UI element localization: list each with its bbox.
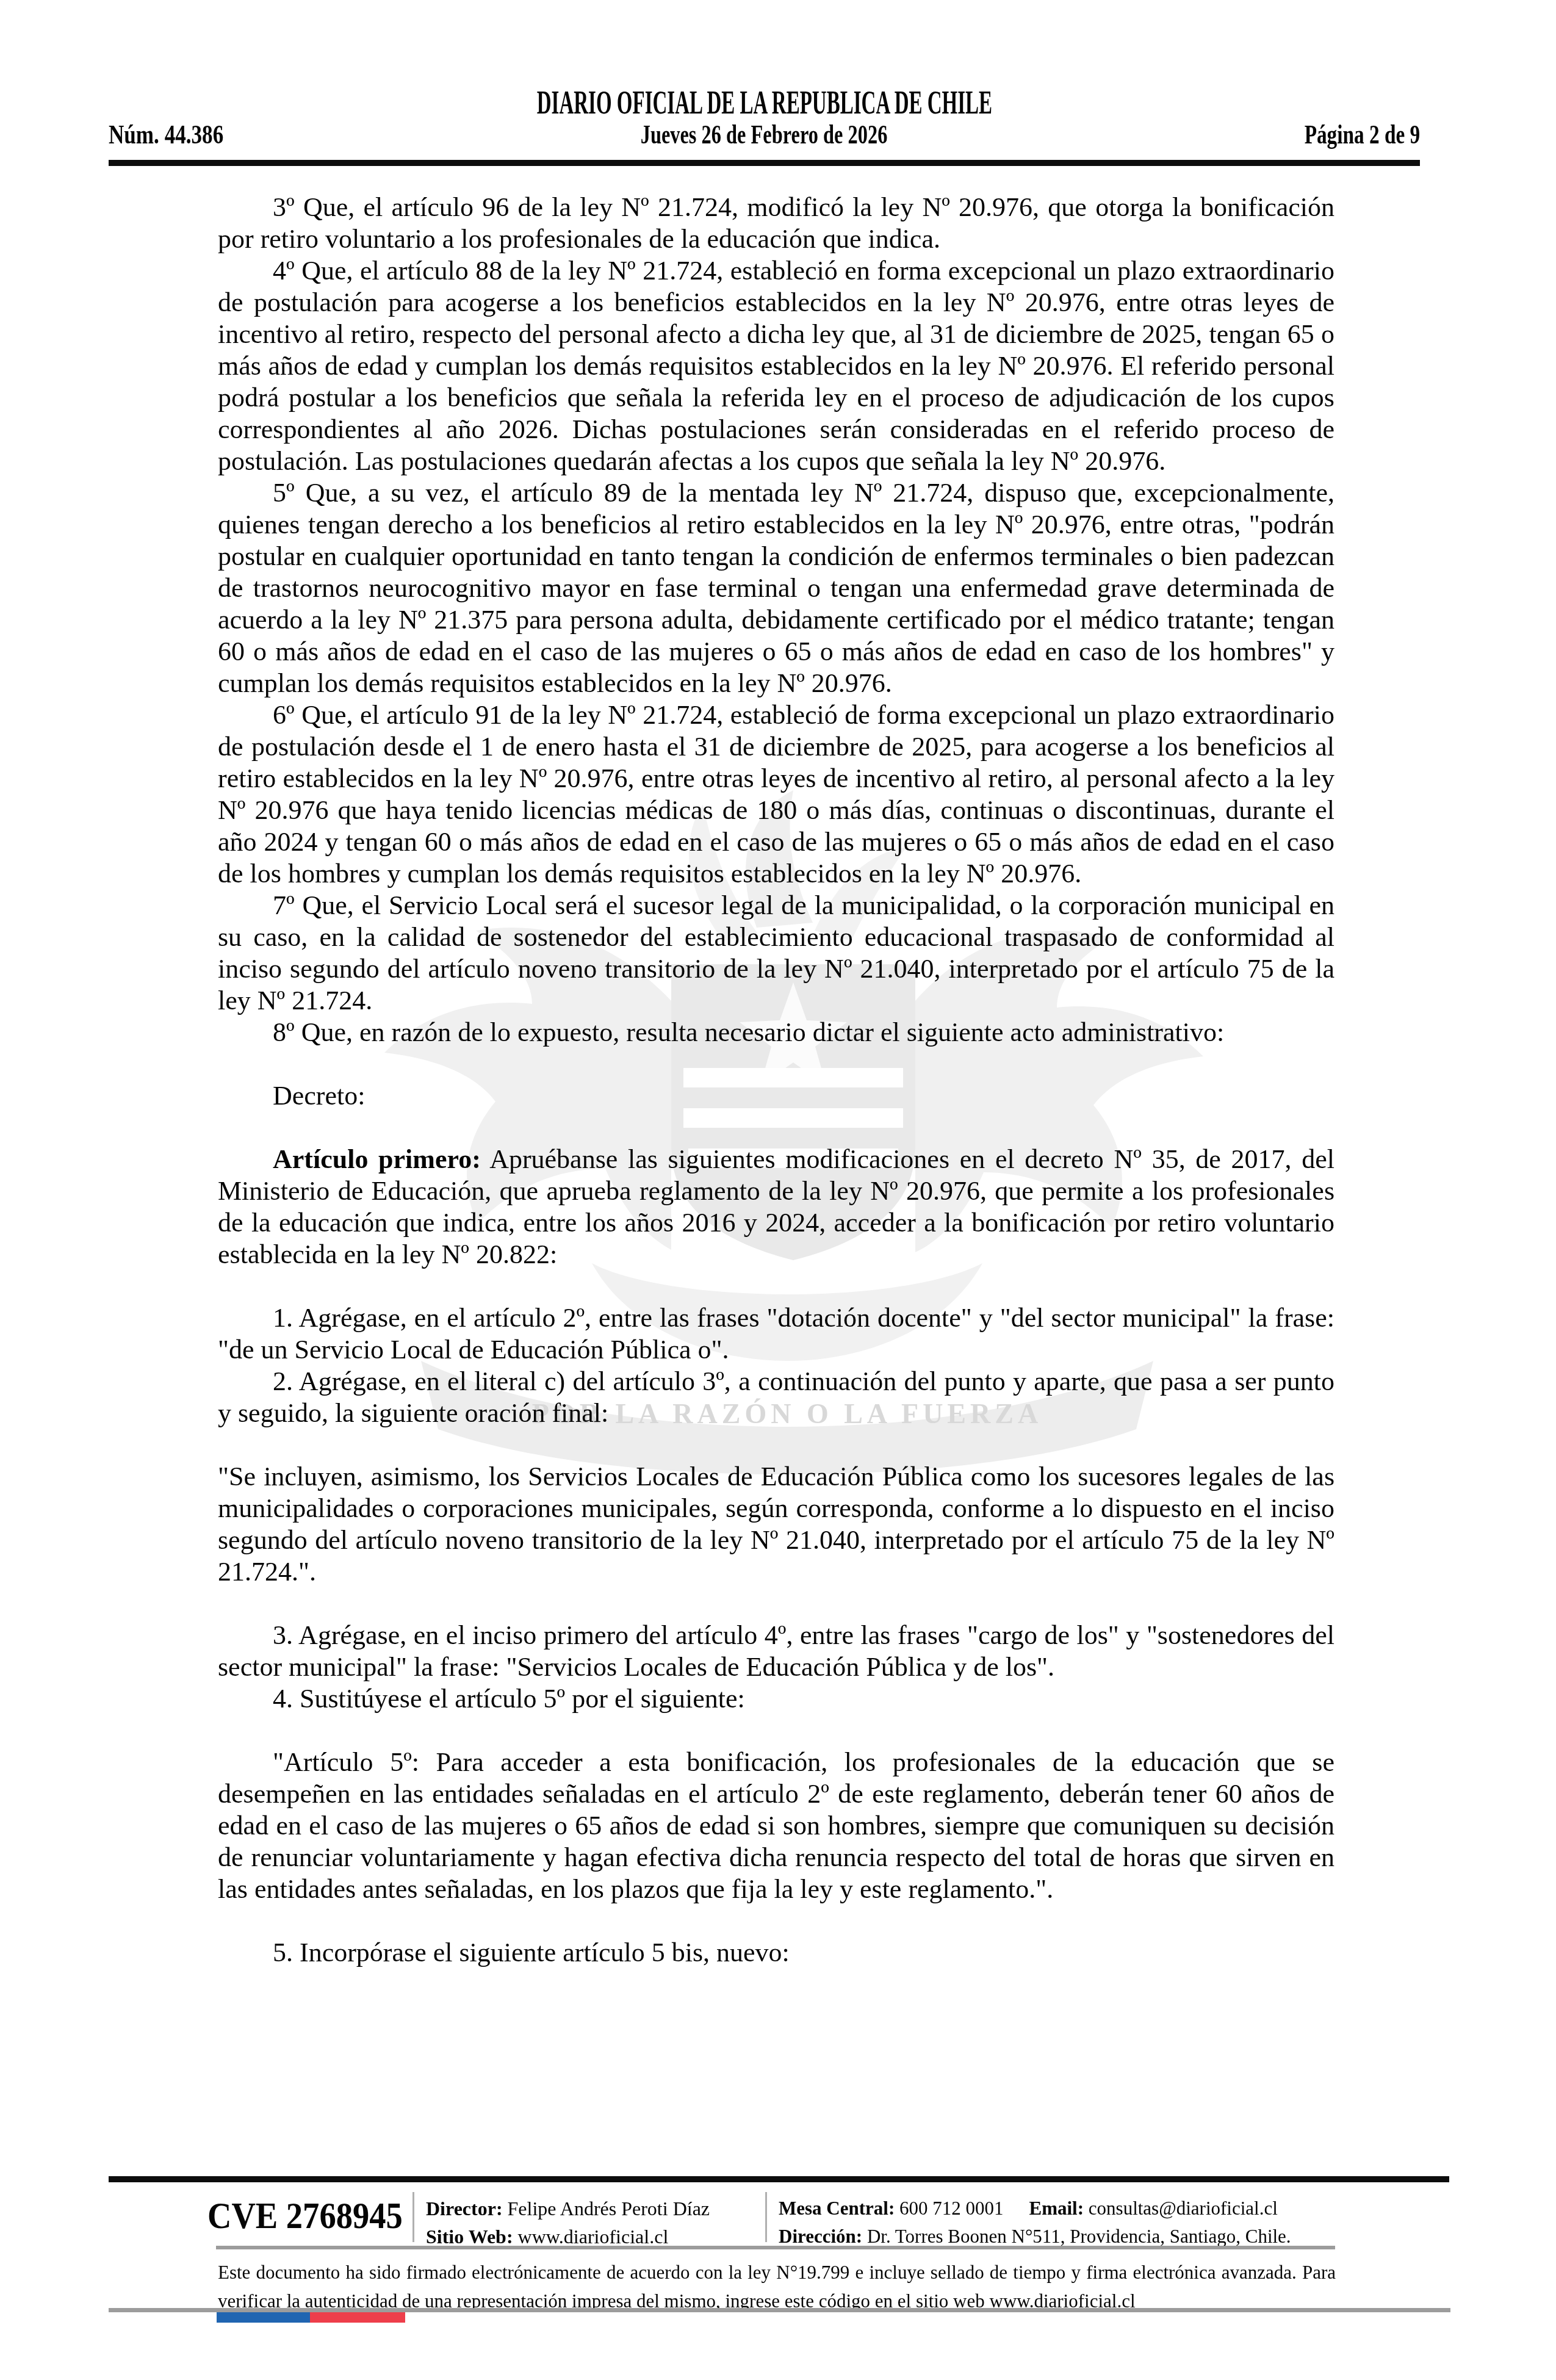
body-paragraph: 7º Que, el Servicio Local será el suceso… bbox=[218, 890, 1334, 1017]
footer-divider bbox=[765, 2192, 767, 2242]
paragraph-text: "Artículo 5º: Para acceder a esta bonifi… bbox=[218, 1747, 1334, 1904]
paragraph-text: 7º Que, el Servicio Local será el suceso… bbox=[218, 890, 1334, 1015]
body-paragraph: 4. Sustitúyese el artículo 5º por el sig… bbox=[218, 1683, 1334, 1715]
body-paragraph: 5º Que, a su vez, el artículo 89 de la m… bbox=[218, 477, 1334, 699]
body-paragraph: 4º Que, el artículo 88 de la ley Nº 21.7… bbox=[218, 255, 1334, 477]
paragraph-text: Decreto: bbox=[273, 1081, 365, 1111]
director-name: Felipe Andrés Peroti Díaz bbox=[508, 2198, 710, 2220]
body-paragraph: 5. Incorpórase el siguiente artículo 5 b… bbox=[218, 1937, 1334, 1969]
email-label: Email: bbox=[1029, 2198, 1084, 2219]
flag-blue-segment bbox=[217, 2312, 310, 2323]
address-label: Dirección: bbox=[779, 2226, 862, 2247]
cve-code: CVE 2768945 bbox=[207, 2197, 429, 2235]
header-rule bbox=[109, 160, 1420, 166]
gazette-page: POR LA RAZÓN O LA FUERZA DIARIO OFICIAL … bbox=[0, 0, 1556, 2380]
footer-contact-block: Mesa Central: 600 712 0001Email: consult… bbox=[779, 2194, 1291, 2251]
gazette-title-text: DIARIO OFICIAL DE LA REPUBLICA DE CHILE bbox=[536, 85, 992, 119]
phone-email-line: Mesa Central: 600 712 0001Email: consult… bbox=[779, 2194, 1291, 2223]
phone-label: Mesa Central: bbox=[779, 2198, 895, 2219]
publication-date-text: Jueves 26 de Febrero de 2026 bbox=[641, 121, 888, 148]
paragraph-text: 3º Que, el artículo 96 de la ley Nº 21.7… bbox=[218, 192, 1334, 254]
legal-notice: Este documento ha sido firmado electróni… bbox=[218, 2258, 1336, 2315]
phone-number: 600 712 0001 bbox=[899, 2198, 1004, 2219]
director-label: Director: bbox=[426, 2198, 503, 2220]
document-body: 3º Que, el artículo 96 de la ley Nº 21.7… bbox=[218, 192, 1334, 1969]
paragraph-text: "Se incluyen, asimismo, los Servicios Lo… bbox=[218, 1462, 1334, 1587]
paragraph-lead: Artículo primero: bbox=[273, 1144, 481, 1174]
body-paragraph: "Se incluyen, asimismo, los Servicios Lo… bbox=[218, 1461, 1334, 1588]
gazette-title: DIARIO OFICIAL DE LA REPUBLICA DE CHILE bbox=[109, 85, 1420, 119]
cve-code-text: CVE 2768945 bbox=[207, 2197, 403, 2235]
footer-divider bbox=[412, 2192, 414, 2242]
paragraph-text: 2. Agrégase, en el literal c) del artícu… bbox=[218, 1366, 1334, 1428]
footer-director-block: Director: Felipe Andrés Peroti Díaz Siti… bbox=[426, 2194, 710, 2251]
paragraph-text: 8º Que, en razón de lo expuesto, resulta… bbox=[273, 1017, 1224, 1047]
paragraph-text: 5º Que, a su vez, el artículo 89 de la m… bbox=[218, 478, 1334, 698]
footer-top-rule bbox=[109, 2176, 1449, 2182]
body-paragraph: 3º Que, el artículo 96 de la ley Nº 21.7… bbox=[218, 192, 1334, 255]
footer-bottom-rule bbox=[109, 2308, 1450, 2312]
body-paragraph: 1. Agrégase, en el artículo 2º, entre la… bbox=[218, 1302, 1334, 1366]
body-paragraph: "Artículo 5º: Para acceder a esta bonifi… bbox=[218, 1747, 1334, 1905]
website-label: Sitio Web: bbox=[426, 2226, 513, 2248]
flag-red-segment bbox=[310, 2312, 405, 2323]
paragraph-text: 6º Que, el artículo 91 de la ley Nº 21.7… bbox=[218, 700, 1334, 889]
body-paragraph: 6º Que, el artículo 91 de la ley Nº 21.7… bbox=[218, 699, 1334, 890]
website-url[interactable]: www.diarioficial.cl bbox=[518, 2226, 669, 2248]
paragraph-text: 4. Sustitúyese el artículo 5º por el sig… bbox=[273, 1684, 745, 1714]
header-info-row: Núm. 44.386 Jueves 26 de Febrero de 2026… bbox=[109, 121, 1420, 151]
body-paragraph: Artículo primero: Apruébanse las siguien… bbox=[218, 1144, 1334, 1271]
body-paragraph: 3. Agrégase, en el inciso primero del ar… bbox=[218, 1620, 1334, 1683]
address-text: Dr. Torres Boonen N°511, Providencia, Sa… bbox=[867, 2226, 1291, 2247]
paragraph-text: 4º Que, el artículo 88 de la ley Nº 21.7… bbox=[218, 256, 1334, 476]
paragraph-text: 3. Agrégase, en el inciso primero del ar… bbox=[218, 1620, 1334, 1682]
email-address[interactable]: consultas@diarioficial.cl bbox=[1089, 2198, 1278, 2219]
page-indicator-text: Página 2 de 9 bbox=[1304, 121, 1420, 148]
page-indicator: Página 2 de 9 bbox=[1264, 121, 1420, 148]
body-paragraph: 8º Que, en razón de lo expuesto, resulta… bbox=[218, 1017, 1334, 1048]
paragraph-text: 5. Incorpórase el siguiente artículo 5 b… bbox=[273, 1938, 790, 1967]
director-line: Director: Felipe Andrés Peroti Díaz bbox=[426, 2194, 710, 2223]
footer-middle-rule bbox=[216, 2246, 1335, 2249]
body-paragraph: Decreto: bbox=[218, 1080, 1334, 1112]
body-paragraph: 2. Agrégase, en el literal c) del artícu… bbox=[218, 1366, 1334, 1429]
paragraph-text: 1. Agrégase, en el artículo 2º, entre la… bbox=[218, 1303, 1334, 1365]
publication-date: Jueves 26 de Febrero de 2026 bbox=[109, 121, 1420, 148]
